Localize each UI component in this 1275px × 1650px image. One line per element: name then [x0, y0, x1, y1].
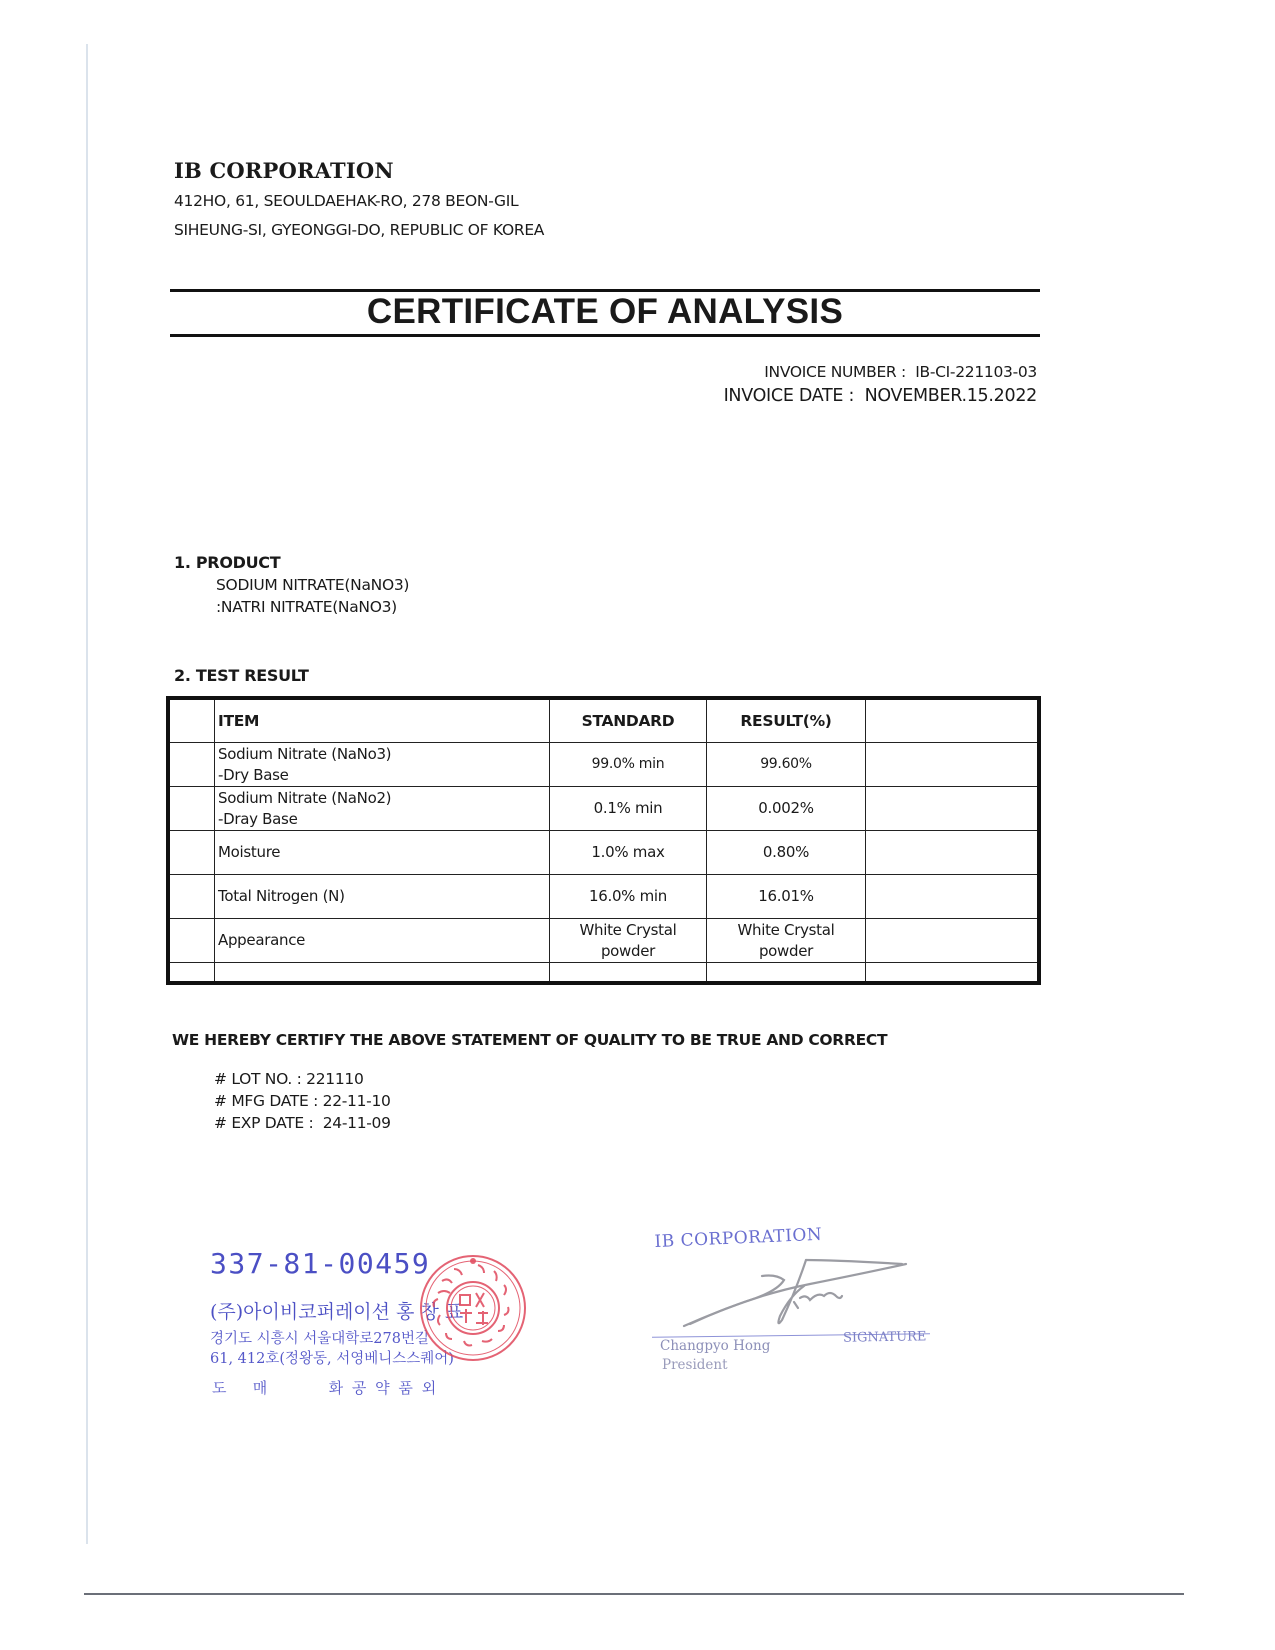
row-standard: 99.0% min [550, 743, 707, 787]
row-cell-blank [168, 875, 215, 919]
row-cell-blank [866, 787, 1040, 831]
invoice-number: INVOICE NUMBER : IB-CI-221103-03 [764, 363, 1037, 381]
test-result-heading: 2. TEST RESULT [174, 666, 309, 685]
table-row: Sodium Nitrate (NaNo3)-Dry Base 99.0% mi… [168, 743, 1039, 787]
company-address-line2: SIHEUNG-SI, GYEONGGI-DO, REPUBLIC OF KOR… [174, 221, 544, 239]
row-cell-blank [168, 919, 215, 963]
signer-title: President [662, 1357, 728, 1373]
row-result: 0.80% [707, 831, 866, 875]
row-cell-blank [866, 875, 1040, 919]
scan-edge-bottom [84, 1593, 1184, 1595]
row-cell-blank [168, 831, 215, 875]
invoice-number-label: INVOICE NUMBER : [764, 363, 906, 381]
signature-company-stamp: IB CORPORATION [654, 1225, 822, 1252]
row-cell-blank [168, 743, 215, 787]
document-title: CERTIFICATE OF ANALYSIS [170, 292, 1040, 332]
signer-name: Changpyo Hong [660, 1338, 770, 1354]
company-address-line1: 412HO, 61, SEOULDAEHAK-RO, 278 BEON-GIL [174, 192, 518, 210]
row-cell-blank [168, 963, 215, 984]
product-heading: 1. PRODUCT [174, 553, 280, 572]
row-cell-blank [866, 743, 1040, 787]
product-name: SODIUM NITRATE(NaNO3) [216, 576, 409, 594]
item-basis: -Dry Base [218, 765, 546, 786]
invoice-date: INVOICE DATE : NOVEMBER.15.2022 [724, 386, 1037, 406]
row-item: Sodium Nitrate (NaNo3)-Dry Base [215, 743, 550, 787]
table-row: Moisture 1.0% max 0.80% [168, 831, 1039, 875]
business-registration-number: 337-81-00459 [210, 1247, 430, 1280]
header-cell-blank [168, 698, 215, 743]
row-item: Sodium Nitrate (NaNo2)-Dray Base [215, 787, 550, 831]
table-header-row: ITEM STANDARD RESULT(%) [168, 698, 1039, 743]
row-item: Total Nitrogen (N) [215, 875, 550, 919]
item-name: Sodium Nitrate (NaNo2) [218, 788, 546, 809]
row-result: 0.002% [707, 787, 866, 831]
row-cell-blank [707, 963, 866, 984]
table-row: Total Nitrogen (N) 16.0% min 16.01% [168, 875, 1039, 919]
item-name: Sodium Nitrate (NaNo3) [218, 744, 546, 765]
row-cell-blank [866, 919, 1040, 963]
company-seal-icon [418, 1253, 528, 1363]
table-row: Appearance White Crystal powder White Cr… [168, 919, 1039, 963]
header-result: RESULT(%) [707, 698, 866, 743]
stamp-business-type: 도 매 화 공 약 품 외 [212, 1377, 436, 1398]
invoice-date-value: NOVEMBER.15.2022 [865, 386, 1037, 406]
scan-edge-left [86, 44, 88, 1544]
row-item: Appearance [215, 919, 550, 963]
row-cell-blank [215, 963, 550, 984]
company-name: IB CORPORATION [174, 158, 394, 183]
handwritten-signature-icon [680, 1258, 910, 1328]
row-cell-blank [550, 963, 707, 984]
row-item: Moisture [215, 831, 550, 875]
manufacture-date: # MFG DATE : 22-11-10 [214, 1092, 391, 1110]
table-row-empty [168, 963, 1039, 984]
item-basis: -Dray Base [218, 809, 546, 830]
product-alt-name: :NATRI NITRATE(NaNO3) [216, 598, 397, 616]
row-result: 16.01% [707, 875, 866, 919]
lot-number: # LOT NO. : 221110 [214, 1070, 364, 1088]
signature-label: SIGNATURE [843, 1329, 927, 1345]
row-cell-blank [168, 787, 215, 831]
test-result-table: ITEM STANDARD RESULT(%) Sodium Nitrate (… [166, 696, 1041, 985]
header-standard: STANDARD [550, 698, 707, 743]
invoice-number-value: IB-CI-221103-03 [915, 363, 1037, 381]
header-cell-blank [866, 698, 1040, 743]
row-result: White Crystal powder [707, 919, 866, 963]
stamp-address-ko-line1: 경기도 시흥시 서울대학로278번길 [210, 1327, 429, 1348]
invoice-date-label: INVOICE DATE : [724, 386, 854, 406]
certification-statement: WE HEREBY CERTIFY THE ABOVE STATEMENT OF… [172, 1031, 887, 1049]
table-row: Sodium Nitrate (NaNo2)-Dray Base 0.1% mi… [168, 787, 1039, 831]
row-cell-blank [866, 831, 1040, 875]
row-cell-blank [866, 963, 1040, 984]
row-standard: 16.0% min [550, 875, 707, 919]
row-standard: White Crystal powder [550, 919, 707, 963]
header-item: ITEM [215, 698, 550, 743]
row-standard: 0.1% min [550, 787, 707, 831]
row-result: 99.60% [707, 743, 866, 787]
expiry-date: # EXP DATE : 24-11-09 [214, 1114, 391, 1132]
row-standard: 1.0% max [550, 831, 707, 875]
title-rule-bottom [170, 334, 1040, 337]
